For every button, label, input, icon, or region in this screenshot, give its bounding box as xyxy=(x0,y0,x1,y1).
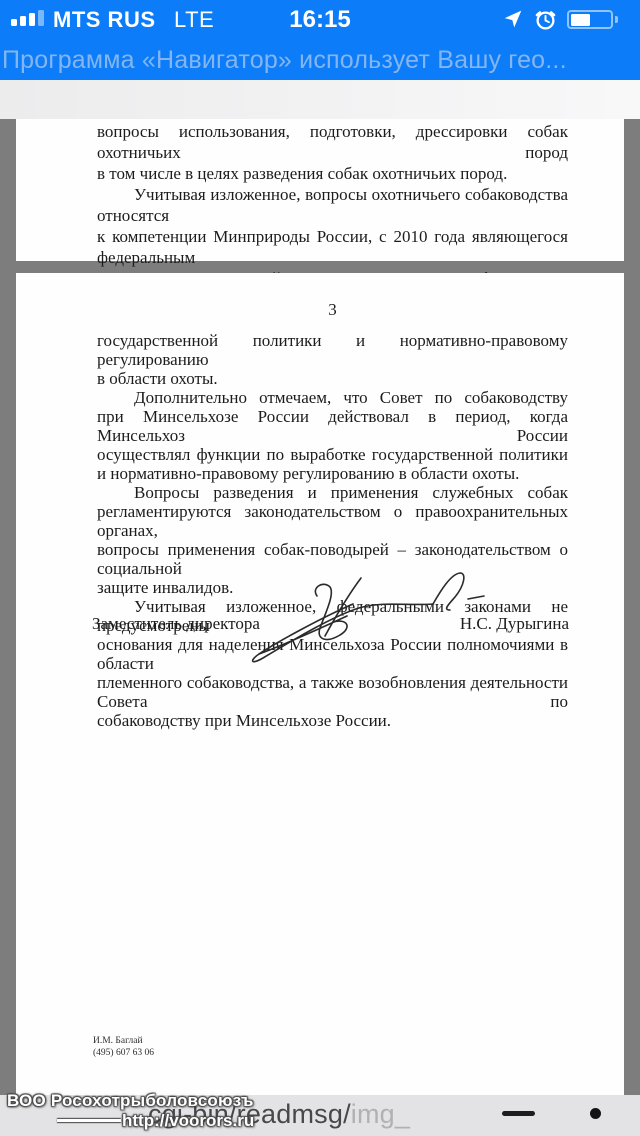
battery-nub xyxy=(615,16,618,23)
doc-line: и нормативно-правовому регулированию в о… xyxy=(97,464,568,483)
doc-line: в области охоты. xyxy=(97,369,568,388)
location-arrow-icon xyxy=(503,9,523,29)
dash-indicator xyxy=(502,1111,535,1116)
document-page-2: вопросы использования, подготовки, дресс… xyxy=(16,119,624,261)
dot-indicator xyxy=(590,1108,601,1119)
status-bar: MTS RUS LTE 16:15 xyxy=(0,0,640,40)
doc-line: в том числе в целях разведения собак охо… xyxy=(97,163,568,184)
clock-time: 16:15 xyxy=(289,6,350,34)
watermark-line-segment xyxy=(57,1119,121,1122)
battery-fill xyxy=(571,14,591,26)
doc-line: Вопросы разведения и применения служебны… xyxy=(97,483,568,502)
doc-line: осуществлял функции по выработке государ… xyxy=(97,445,568,464)
doc-line: племенного собаководства, а также возобн… xyxy=(97,673,568,711)
carrier-label: MTS RUS xyxy=(53,7,156,33)
handwritten-signature xyxy=(221,566,486,671)
watermark-url-line: http://voorors.ru xyxy=(7,1111,407,1131)
executor-name: И.М. Баглай xyxy=(93,1035,154,1047)
document-viewer[interactable]: вопросы использования, подготовки, дресс… xyxy=(0,119,640,1095)
screen: MTS RUS LTE 16:15 Программа «Навигатор» … xyxy=(0,0,640,1136)
doc-line: Дополнительно отмечаем, что Совет по соб… xyxy=(97,388,568,407)
doc-line: Учитывая изложенное, вопросы охотничьего… xyxy=(97,184,568,226)
signal-bars-icon xyxy=(11,8,53,26)
watermark-title: ВОО Росохотрыболовсоюзъ xyxy=(7,1091,407,1111)
doc-line: вопросы использования, подготовки, дресс… xyxy=(97,121,568,163)
watermark-url: http://voorors.ru xyxy=(122,1111,254,1130)
executor-phone: (495) 607 63 06 xyxy=(93,1047,154,1059)
doc-line: при Минсельхозе России действовал в пери… xyxy=(97,407,568,445)
doc-line: государственной политики и нормативно-пр… xyxy=(97,331,568,369)
site-watermark: ВОО Росохотрыболовсоюзъ http://voorors.r… xyxy=(7,1091,407,1131)
banner-text: Программа «Навигатор» использует Вашу ге… xyxy=(2,46,567,75)
page-top-strip xyxy=(0,80,640,119)
location-usage-banner[interactable]: Программа «Навигатор» использует Вашу ге… xyxy=(0,40,640,80)
executor-contact: И.М. Баглай (495) 607 63 06 xyxy=(93,1035,154,1059)
alarm-clock-icon xyxy=(534,8,557,31)
document-page-3: 3 государственной политики и нормативно-… xyxy=(16,273,624,1095)
doc-line: собаководству при Минсельхозе России. xyxy=(97,711,568,730)
battery-icon xyxy=(567,10,613,29)
network-type-label: LTE xyxy=(174,7,214,33)
doc-line: регламентируются законодательством о пра… xyxy=(97,502,568,540)
page-number: 3 xyxy=(97,300,568,320)
doc-line: к компетенции Минприроды России, с 2010 … xyxy=(97,226,568,268)
